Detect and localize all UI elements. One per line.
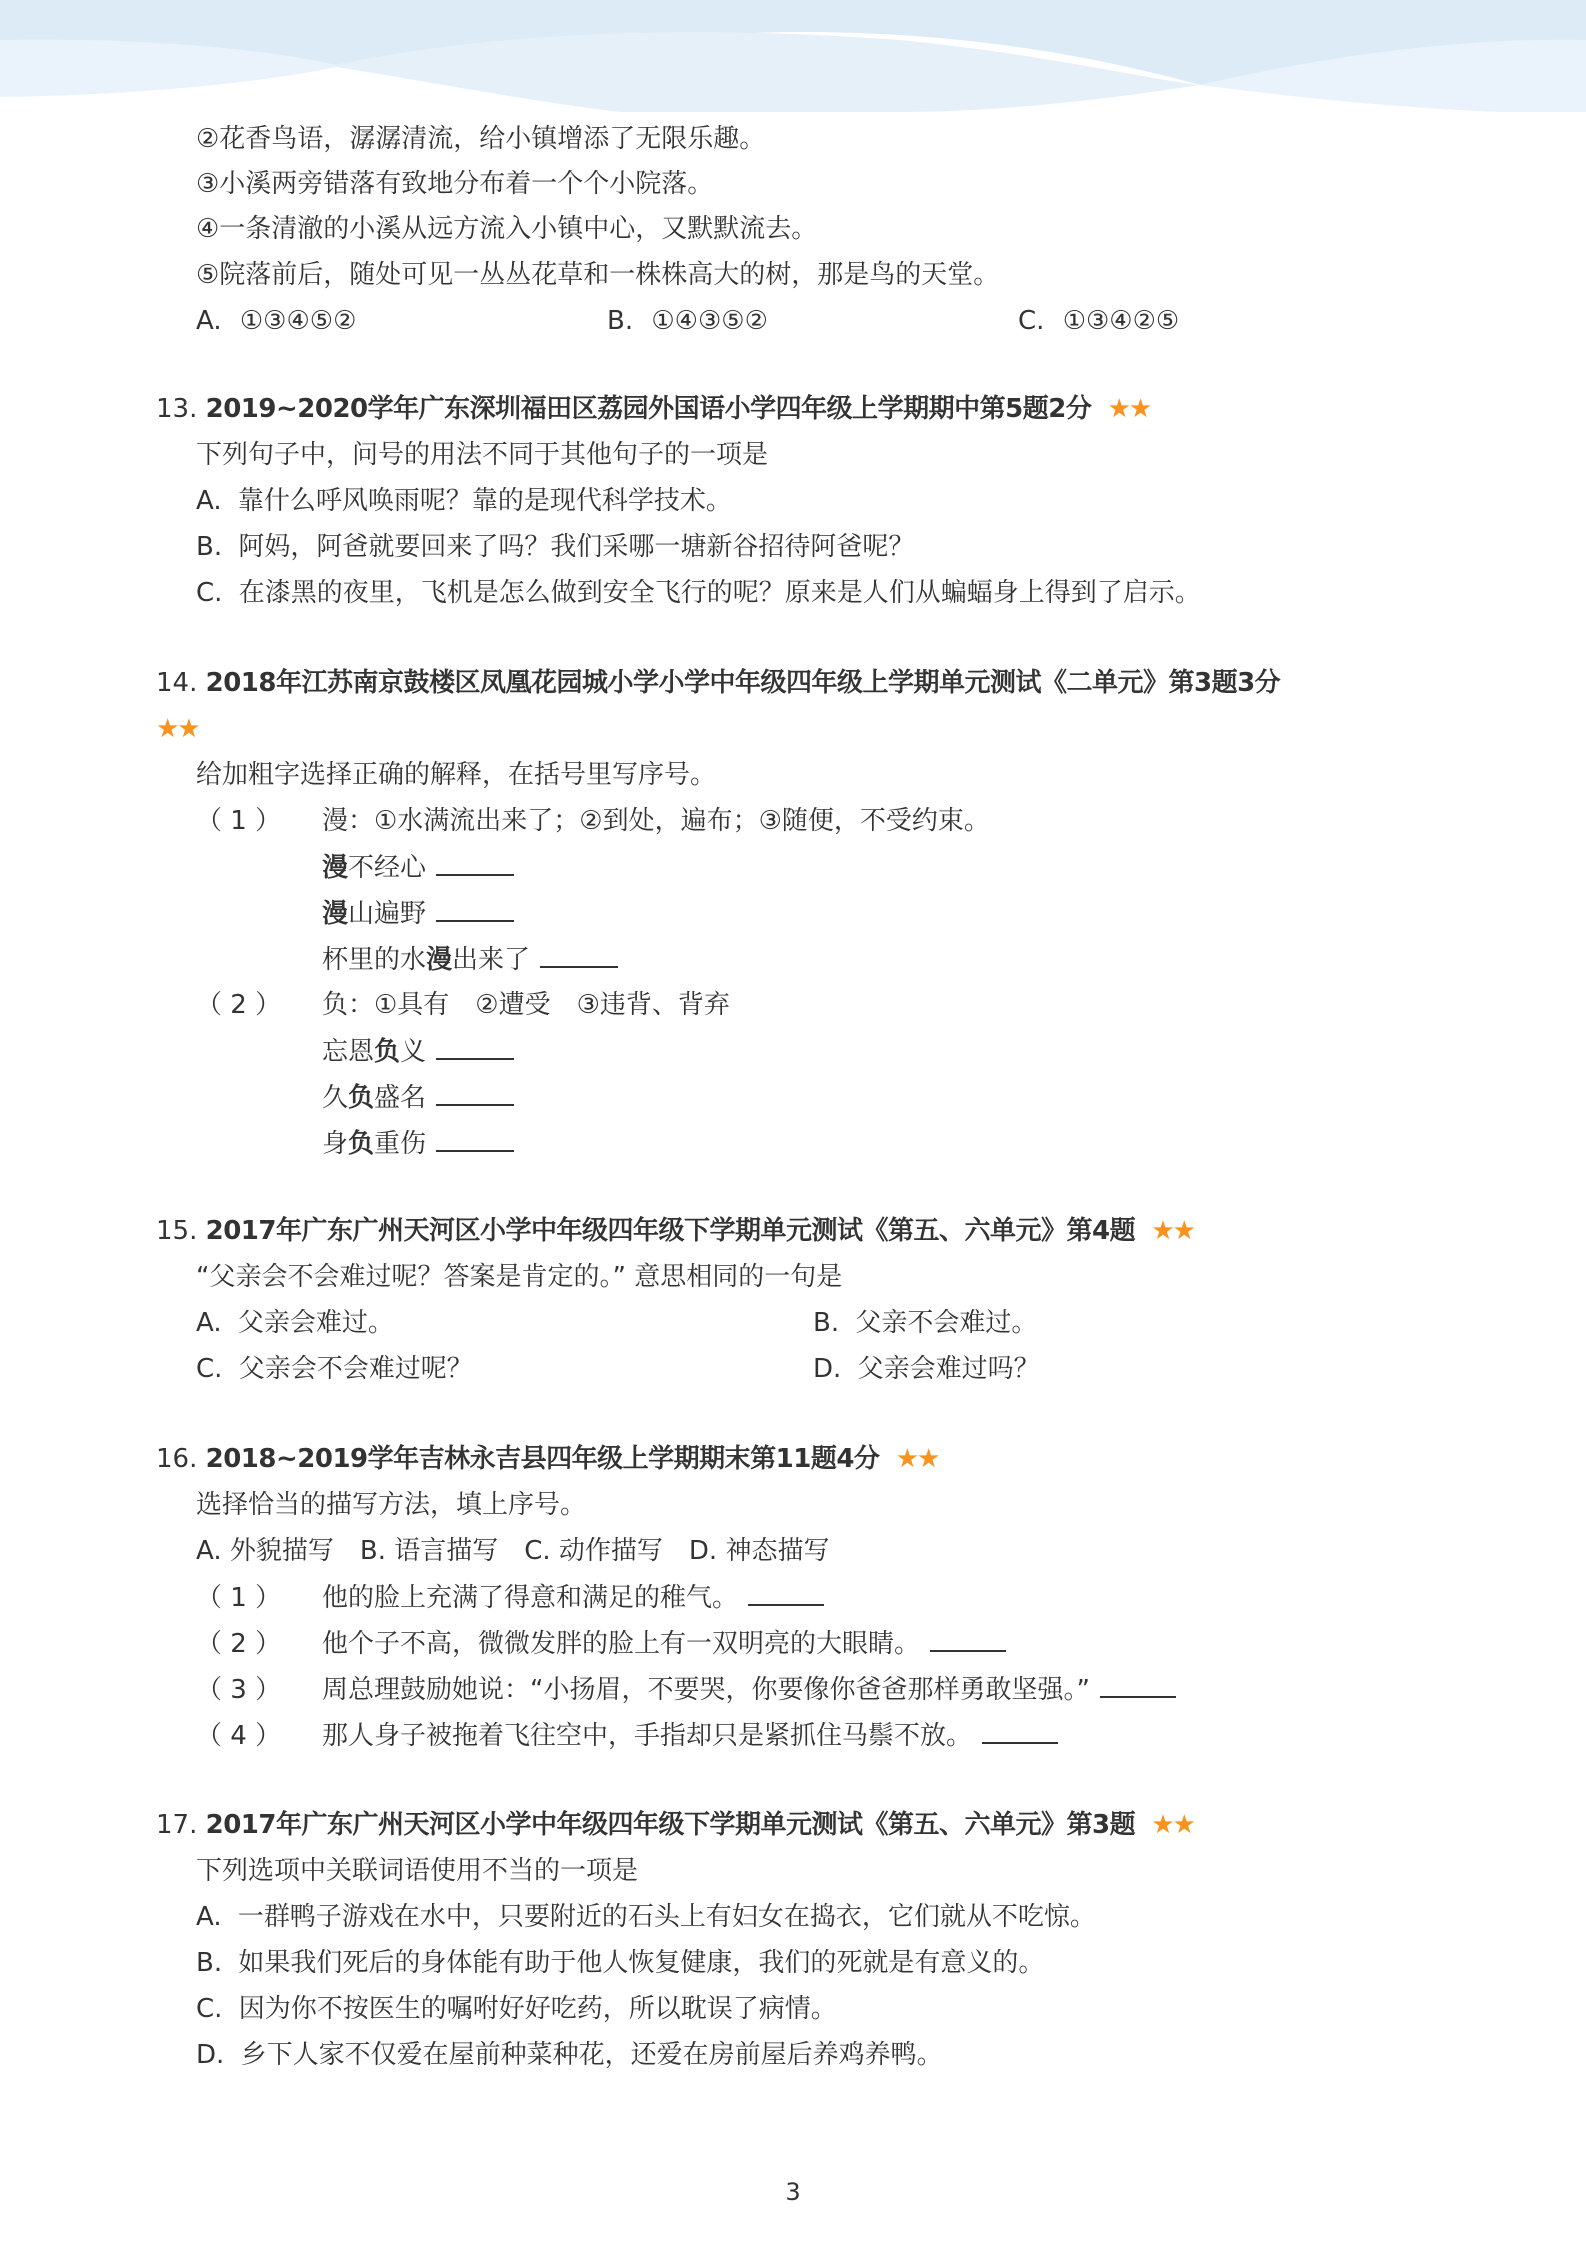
option-text: 如果我们死后的身体能有助于他人恢复健康，我们的死就是有意义的。 xyxy=(238,1948,1044,1978)
option-label: B. xyxy=(813,1308,839,1338)
q14-part-2-definition-row: （ 2 ）负：①具有 ②遭受 ③违背、背弃 xyxy=(196,988,730,1022)
item-text-post: 山遍野 xyxy=(348,899,426,929)
q13-prompt: 下列句子中，问号的用法不同于其他句子的一项是 xyxy=(196,438,768,472)
option-label: C. xyxy=(196,578,222,608)
question-number: 13. xyxy=(156,394,197,424)
question-number: 15. xyxy=(156,1216,197,1246)
bold-char: 漫 xyxy=(322,899,348,929)
q14-header: 14. 2018年江苏南京鼓楼区凤凰花园城小学小学中年级四年级上学期单元测试《二… xyxy=(156,666,1280,700)
q13-header: 13. 2019~2020学年广东深圳福田区荔园外国语小学四年级上学期期中第5题… xyxy=(156,392,1150,426)
option-text: 父亲会难过。 xyxy=(238,1308,394,1338)
option-text: 父亲会难过吗？ xyxy=(858,1354,1040,1384)
difficulty-stars-icon: ★★ xyxy=(156,714,199,744)
option-text: 一群鸭子游戏在水中，只要附近的石头上有妇女在捣衣，它们就从不吃惊。 xyxy=(238,1902,1096,1932)
q17-header: 17. 2017年广东广州天河区小学中年级四年级下学期单元测试《第五、六单元》第… xyxy=(156,1808,1194,1842)
option-label: A. xyxy=(196,306,222,336)
q14-part-2-item-1: 忘恩负义 xyxy=(322,1034,514,1069)
answer-blank[interactable] xyxy=(930,1626,1006,1652)
q16-item-4: （ 4 ）那人身子被拖着飞往空中，手指却只是紧抓住马鬃不放。 xyxy=(196,1718,1058,1753)
bold-char: 负 xyxy=(374,1037,400,1067)
header-wave-decoration xyxy=(0,0,1586,115)
q15-option-d: D. 父亲会难过吗？ xyxy=(813,1352,1040,1386)
q15-option-a: A. 父亲会难过。 xyxy=(196,1306,394,1340)
q17-option-a: A. 一群鸭子游戏在水中，只要附近的石头上有妇女在捣衣，它们就从不吃惊。 xyxy=(196,1900,1096,1934)
item-text-pre: 忘恩 xyxy=(322,1037,374,1067)
question-number: 16. xyxy=(156,1444,197,1474)
q14-part-1-item-2: 漫山遍野 xyxy=(322,896,514,931)
option-label: B. xyxy=(607,306,633,336)
q17-option-c: C. 因为你不按医生的嘱咐好好吃药，所以耽误了病情。 xyxy=(196,1992,837,2026)
option-text: ①③④②⑤ xyxy=(1063,306,1180,336)
q15-prompt: “父亲会不会难过呢？答案是肯定的。” 意思相同的一句是 xyxy=(196,1260,842,1294)
option-label: D. xyxy=(813,1354,841,1384)
difficulty-stars-icon: ★★ xyxy=(896,1444,939,1474)
q13-option-b: B. 阿妈，阿爸就要回来了吗？我们采哪一塘新谷招待阿爸呢？ xyxy=(196,530,914,564)
q16-item-1: （ 1 ）他的脸上充满了得意和满足的稚气。 xyxy=(196,1580,824,1615)
q16-item-3: （ 3 ）周总理鼓励她说：“小扬眉，不要哭，你要像你爸爸那样勇敢坚强。” xyxy=(196,1672,1176,1707)
item-text-post: 出来了 xyxy=(452,945,530,975)
option-label: C. xyxy=(196,1994,222,2024)
option-label: C. xyxy=(196,1354,222,1384)
question-source: 2018年江苏南京鼓楼区凤凰花园城小学小学中年级四年级上学期单元测试《二单元》第… xyxy=(206,668,1281,698)
q15-header: 15. 2017年广东广州天河区小学中年级四年级下学期单元测试《第五、六单元》第… xyxy=(156,1214,1194,1248)
q14-stars-row: ★★ xyxy=(156,712,199,746)
option-label: A. xyxy=(196,486,222,516)
bold-char: 负 xyxy=(348,1129,374,1159)
bold-char: 负 xyxy=(348,1083,374,1113)
bold-char: 漫 xyxy=(322,853,348,883)
answer-blank[interactable] xyxy=(436,1126,514,1152)
option-text: ①③④⑤② xyxy=(240,306,357,336)
q12-sentence-4: ④一条清澈的小溪从远方流入小镇中心，又默默流去。 xyxy=(196,212,817,246)
option-label: D. xyxy=(196,2040,224,2070)
difficulty-stars-icon: ★★ xyxy=(1151,1810,1194,1840)
q17-option-d: D. 乡下人家不仅爱在屋前种菜种花，还爱在房前屋后养鸡养鸭。 xyxy=(196,2038,943,2072)
item-label: （ 2 ） xyxy=(196,1627,322,1661)
answer-blank[interactable] xyxy=(748,1580,824,1606)
option-label: B. xyxy=(196,1948,222,1978)
answer-blank[interactable] xyxy=(436,1034,514,1060)
q15-option-c: C. 父亲会不会难过呢？ xyxy=(196,1352,473,1386)
item-text-post: 盛名 xyxy=(374,1083,426,1113)
option-label: B. xyxy=(196,532,222,562)
question-source: 2017年广东广州天河区小学中年级四年级下学期单元测试《第五、六单元》第4题 xyxy=(206,1216,1135,1246)
option-text: 父亲不会难过。 xyxy=(855,1308,1037,1338)
question-number: 14. xyxy=(156,668,197,698)
bold-char: 漫 xyxy=(426,945,452,975)
q12-option-a: A. ①③④⑤② xyxy=(196,304,356,338)
option-text: 乡下人家不仅爱在屋前种菜种花，还爱在房前屋后养鸡养鸭。 xyxy=(241,2040,943,2070)
item-text: 他的脸上充满了得意和满足的稚气。 xyxy=(322,1583,738,1613)
item-text-post: 不经心 xyxy=(348,853,426,883)
part-label: （ 1 ） xyxy=(196,804,322,838)
option-text: 在漆黑的夜里，飞机是怎么做到安全飞行的呢？原来是人们从蝙蝠身上得到了启示。 xyxy=(239,578,1201,608)
answer-blank[interactable] xyxy=(982,1718,1058,1744)
q14-part-1-item-3: 杯里的水漫出来了 xyxy=(322,942,618,977)
item-label: （ 1 ） xyxy=(196,1581,322,1615)
question-source: 2018~2019学年吉林永吉县四年级上学期期末第11题4分 xyxy=(206,1444,880,1474)
difficulty-stars-icon: ★★ xyxy=(1108,394,1151,424)
item-text: 周总理鼓励她说：“小扬眉，不要哭，你要像你爸爸那样勇敢坚强。” xyxy=(322,1675,1090,1705)
q12-option-b: B. ①④③⑤② xyxy=(607,304,768,338)
q12-sentence-3: ③小溪两旁错落有致地分布着一个个小院落。 xyxy=(196,167,713,201)
q14-part-2-item-3: 身负重伤 xyxy=(322,1126,514,1161)
question-source: 2019~2020学年广东深圳福田区荔园外国语小学四年级上学期期中第5题2分 xyxy=(206,394,1092,424)
item-text-post: 义 xyxy=(400,1037,426,1067)
q15-option-b: B. 父亲不会难过。 xyxy=(813,1306,1037,1340)
part-definition: 负：①具有 ②遭受 ③违背、背弃 xyxy=(322,990,730,1020)
q14-prompt: 给加粗字选择正确的解释，在括号里写序号。 xyxy=(196,758,716,792)
option-label: A. xyxy=(196,1902,222,1932)
q17-prompt: 下列选项中关联词语使用不当的一项是 xyxy=(196,1854,638,1888)
question-source: 2017年广东广州天河区小学中年级四年级下学期单元测试《第五、六单元》第3题 xyxy=(206,1810,1135,1840)
q13-option-c: C. 在漆黑的夜里，飞机是怎么做到安全飞行的呢？原来是人们从蝙蝠身上得到了启示。 xyxy=(196,576,1201,610)
q16-prompt: 选择恰当的描写方法，填上序号。 xyxy=(196,1488,586,1522)
option-label: A. xyxy=(196,1308,222,1338)
answer-blank[interactable] xyxy=(540,942,618,968)
q14-part-1-item-1: 漫不经心 xyxy=(322,850,514,885)
part-label: （ 2 ） xyxy=(196,988,322,1022)
question-number: 17. xyxy=(156,1810,197,1840)
option-label: C. xyxy=(1018,306,1044,336)
answer-blank[interactable] xyxy=(1100,1672,1176,1698)
q16-choices: A. 外貌描写 B. 语言描写 C. 动作描写 D. 神态描写 xyxy=(196,1534,829,1568)
item-label: （ 4 ） xyxy=(196,1719,322,1753)
page-number: 3 xyxy=(0,2178,1586,2206)
q13-option-a: A. 靠什么呼风唤雨呢？靠的是现代科学技术。 xyxy=(196,484,732,518)
item-text: 他个子不高，微微发胖的脸上有一双明亮的大眼睛。 xyxy=(322,1629,920,1659)
q12-sentence-2: ②花香鸟语，潺潺清流，给小镇增添了无限乐趣。 xyxy=(196,122,765,156)
q14-part-1-definition-row: （ 1 ）漫：①水满流出来了；②到处，遍布；③随便，不受约束。 xyxy=(196,804,990,838)
option-text: 因为你不按医生的嘱咐好好吃药，所以耽误了病情。 xyxy=(239,1994,837,2024)
q16-item-2: （ 2 ）他个子不高，微微发胖的脸上有一双明亮的大眼睛。 xyxy=(196,1626,1006,1661)
item-text-pre: 久 xyxy=(322,1083,348,1113)
difficulty-stars-icon: ★★ xyxy=(1151,1216,1194,1246)
q12-sentence-5: ⑤院落前后，随处可见一丛丛花草和一株株高大的树，那是鸟的天堂。 xyxy=(196,258,999,292)
item-label: （ 3 ） xyxy=(196,1673,322,1707)
item-text-pre: 身 xyxy=(322,1129,348,1159)
option-text: 父亲会不会难过呢？ xyxy=(239,1354,473,1384)
option-text: 靠什么呼风唤雨呢？靠的是现代科学技术。 xyxy=(238,486,732,516)
q17-option-b: B. 如果我们死后的身体能有助于他人恢复健康，我们的死就是有意义的。 xyxy=(196,1946,1044,1980)
item-text-pre: 杯里的水 xyxy=(322,945,426,975)
answer-blank[interactable] xyxy=(436,850,514,876)
option-text: 阿妈，阿爸就要回来了吗？我们采哪一塘新谷招待阿爸呢？ xyxy=(238,532,914,562)
q14-part-2-item-2: 久负盛名 xyxy=(322,1080,514,1115)
answer-blank[interactable] xyxy=(436,896,514,922)
option-text: ①④③⑤② xyxy=(651,306,768,336)
q12-option-c: C. ①③④②⑤ xyxy=(1018,304,1179,338)
answer-blank[interactable] xyxy=(436,1080,514,1106)
item-text-post: 重伤 xyxy=(374,1129,426,1159)
part-definition: 漫：①水满流出来了；②到处，遍布；③随便，不受约束。 xyxy=(322,806,990,836)
q16-header: 16. 2018~2019学年吉林永吉县四年级上学期期末第11题4分 ★★ xyxy=(156,1442,938,1476)
item-text: 那人身子被拖着飞往空中，手指却只是紧抓住马鬃不放。 xyxy=(322,1721,972,1751)
